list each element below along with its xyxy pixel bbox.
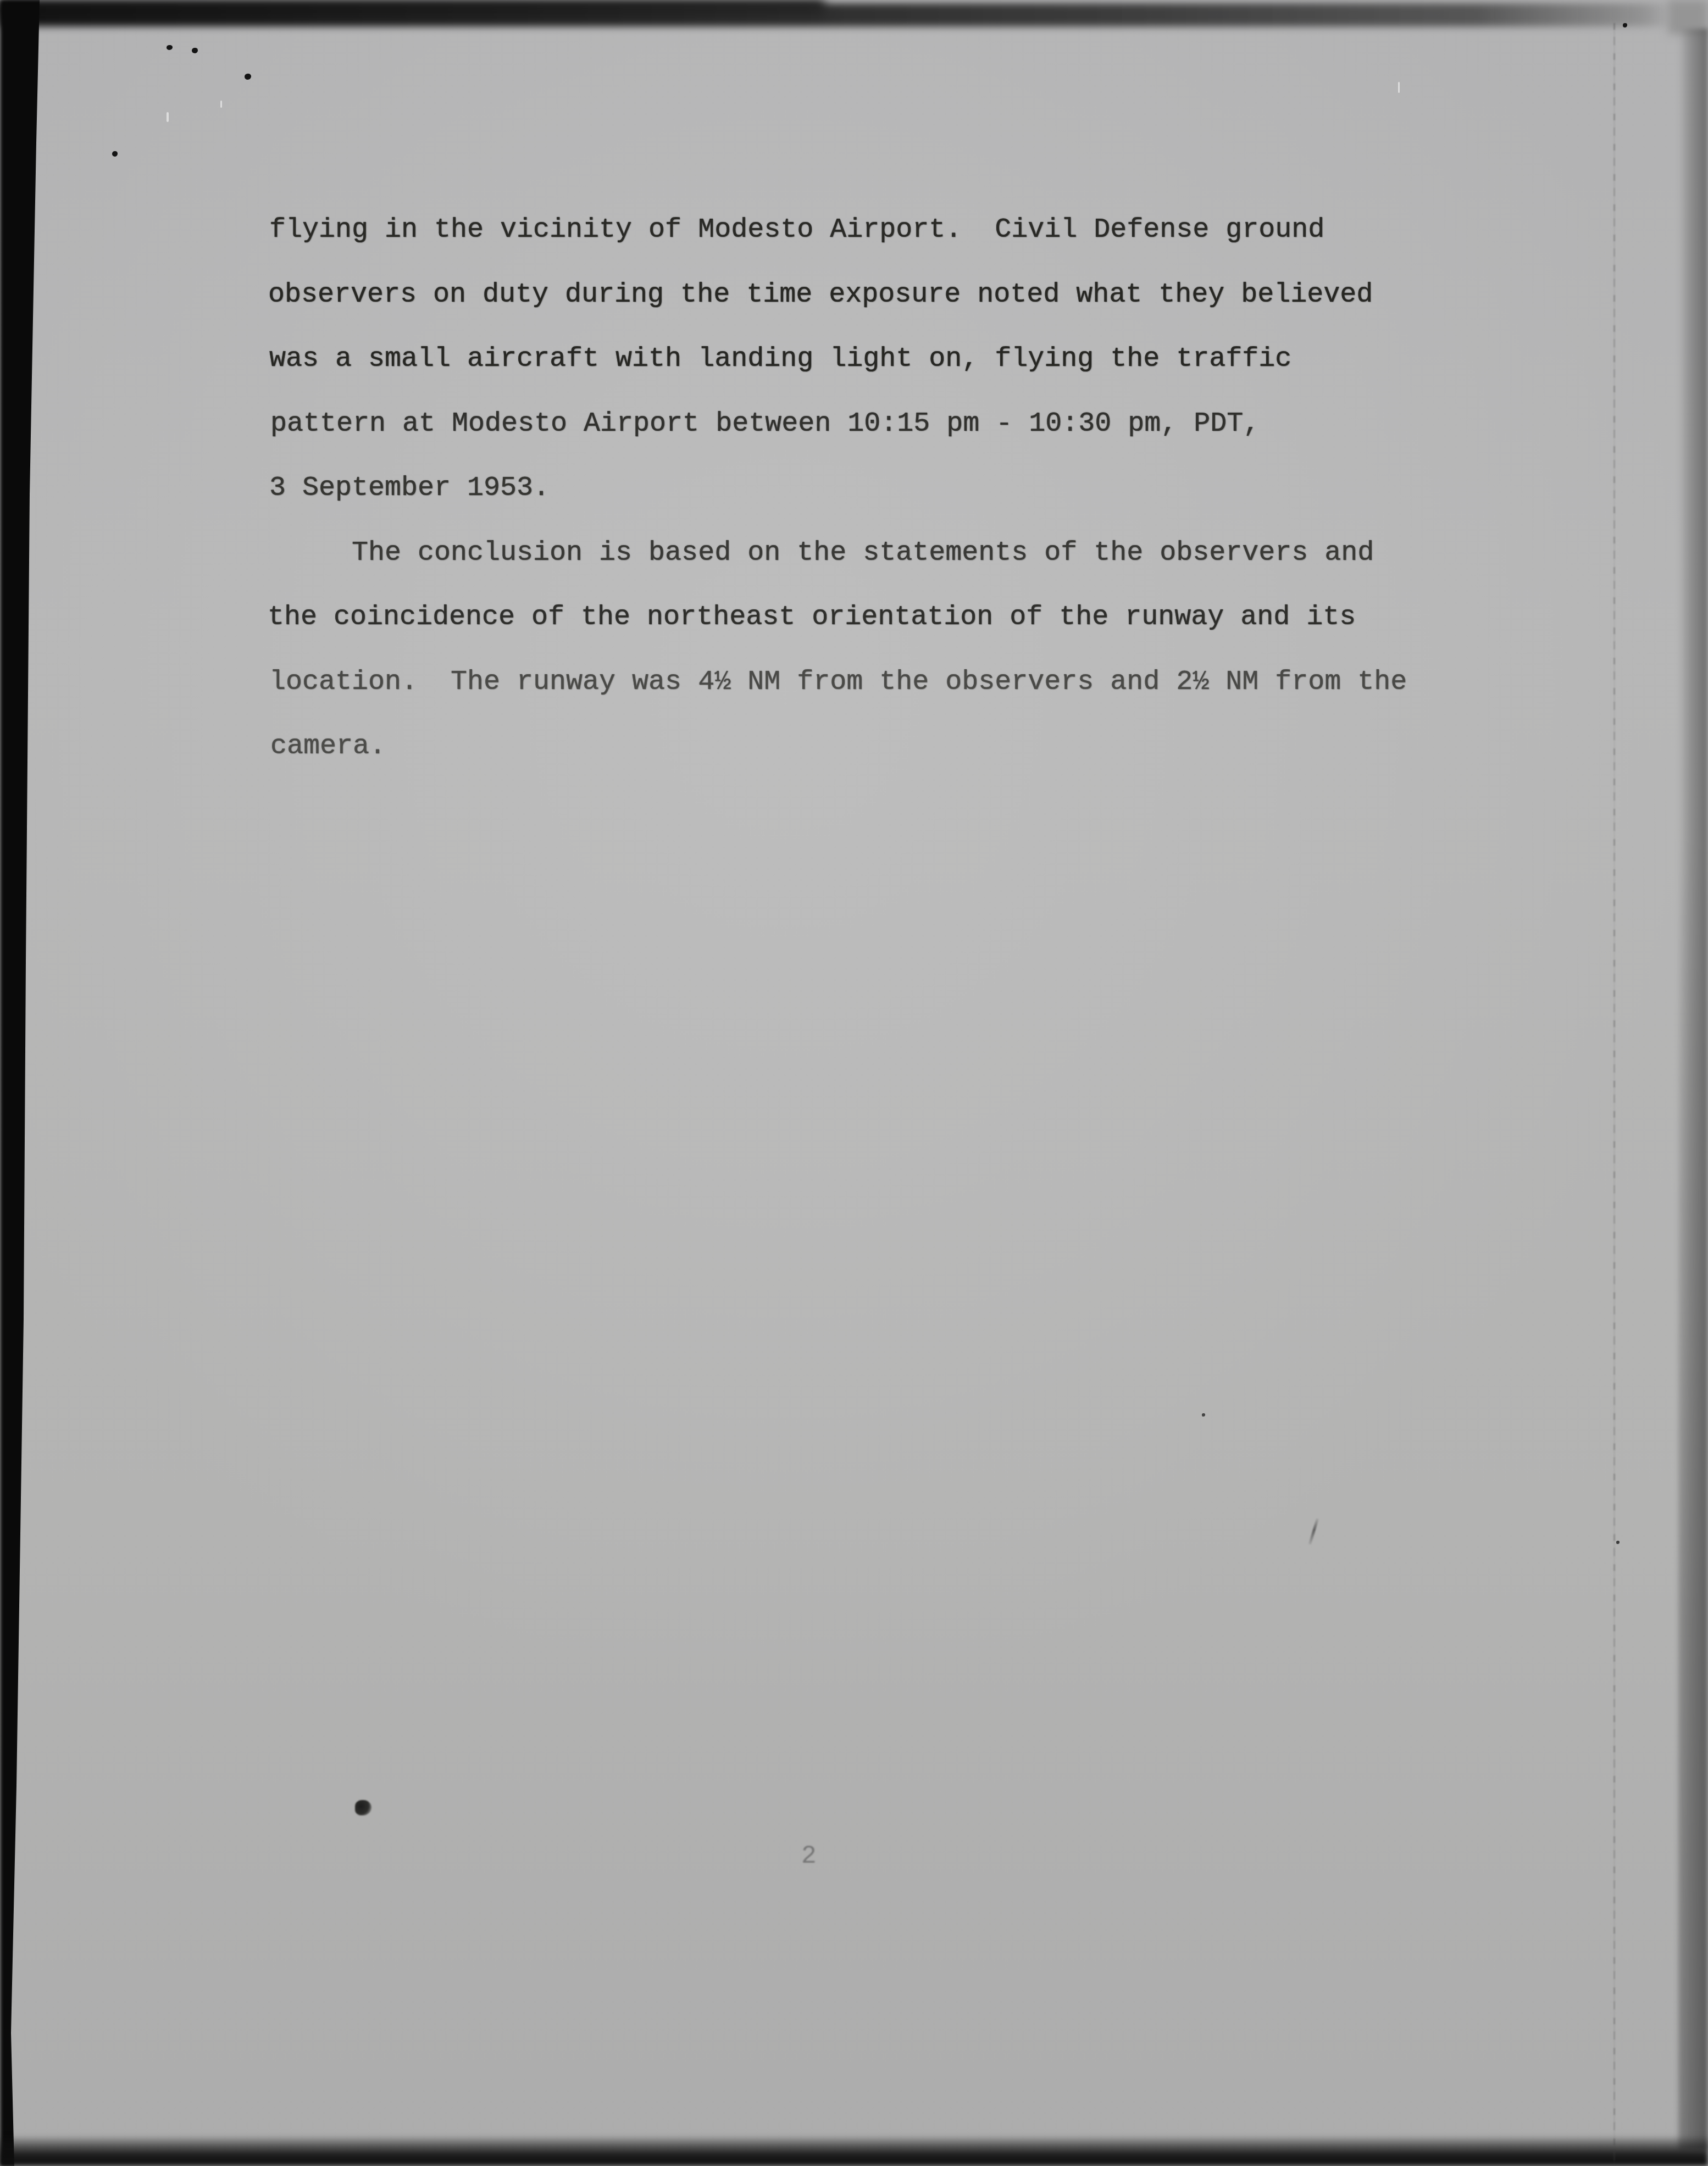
- typed-line: location. The runway was 4½ NM from the …: [269, 650, 1407, 715]
- scan-edge-bottom: [0, 2135, 1708, 2166]
- ink-speck: [245, 74, 251, 80]
- pencil-slash-mark: [1308, 1518, 1319, 1545]
- typed-line: observers on duty during the time exposu…: [268, 263, 1407, 327]
- ink-speck: [1616, 1541, 1620, 1544]
- scan-edge-left: [0, 0, 44, 2166]
- paper-crease-line: [1613, 23, 1615, 2166]
- ink-blot: [355, 1800, 371, 1815]
- typed-line: the coincidence of the northeast orienta…: [268, 585, 1407, 650]
- lint-mark: [220, 101, 222, 108]
- typed-line: pattern at Modesto Airport between 10:15…: [270, 392, 1407, 457]
- ink-speck: [112, 151, 118, 157]
- ink-speck: [167, 45, 173, 50]
- scan-edge-top-dark: [0, 0, 824, 16]
- scan-edge-right: [1678, 29, 1708, 2150]
- lint-mark: [167, 112, 169, 122]
- typed-line: The conclusion is based on the statement…: [269, 521, 1407, 586]
- typed-line: flying in the vicinity of Modesto Airpor…: [269, 198, 1407, 263]
- ink-speck: [192, 48, 198, 53]
- scan-corner-top-right: [1668, 0, 1708, 34]
- typed-line: camera.: [270, 714, 1407, 779]
- ink-speck: [1623, 23, 1627, 27]
- lint-mark: [1398, 82, 1400, 93]
- scanned-document-page: flying in the vicinity of Modesto Airpor…: [0, 0, 1708, 2166]
- typed-line: 3 September 1953.: [269, 456, 1407, 521]
- ink-speck: [1202, 1413, 1205, 1417]
- typed-text-block: flying in the vicinity of Modesto Airpor…: [269, 198, 1407, 779]
- scan-edge-top: [0, 3, 1677, 26]
- typed-line: was a small aircraft with landing light …: [269, 327, 1407, 392]
- page-number: 2: [801, 1842, 817, 1870]
